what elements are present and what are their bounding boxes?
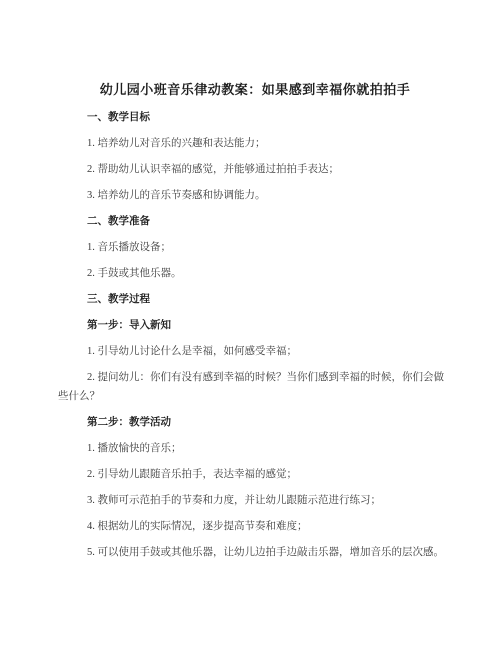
list-item: 1. 引导幼儿讨论什么是幸福，如何感受幸福；	[58, 342, 452, 361]
list-item: 2. 手鼓或其他乐器。	[58, 264, 452, 283]
list-item: 1. 音乐播放设备；	[58, 238, 452, 257]
section-heading-objectives: 一、教学目标	[58, 108, 452, 127]
list-item: 2. 提问幼儿：你们有没有感到幸福的时候？当你们感到幸福的时候，你们会做些什么？	[58, 368, 452, 406]
list-item: 2. 引导幼儿跟随音乐拍手，表达幸福的感觉；	[58, 465, 452, 484]
section-heading-process: 三、教学过程	[58, 290, 452, 309]
document-page: 幼儿园小班音乐律动教案：如果感到幸福你就拍拍手 一、教学目标 1. 培养幼儿对音…	[0, 0, 500, 647]
step-heading-1: 第一步：导入新知	[58, 316, 452, 335]
list-item: 1. 培养幼儿对音乐的兴趣和表达能力；	[58, 134, 452, 153]
section-heading-preparation: 二、教学准备	[58, 212, 452, 231]
list-item: 3. 培养幼儿的音乐节奏感和协调能力。	[58, 186, 452, 205]
list-item: 4. 根据幼儿的实际情况，逐步提高节奏和难度；	[58, 517, 452, 536]
list-item: 1. 播放愉快的音乐；	[58, 439, 452, 458]
list-item: 3. 教师可示范拍手的节奏和力度，并让幼儿跟随示范进行练习；	[58, 491, 452, 510]
list-item: 5. 可以使用手鼓或其他乐器，让幼儿边拍手边敲击乐器，增加音乐的层次感。	[58, 543, 452, 562]
document-content: 幼儿园小班音乐律动教案：如果感到幸福你就拍拍手 一、教学目标 1. 培养幼儿对音…	[0, 0, 500, 562]
doc-title: 幼儿园小班音乐律动教案：如果感到幸福你就拍拍手	[58, 80, 452, 100]
step-heading-2: 第二步：教学活动	[58, 413, 452, 432]
list-item: 2. 帮助幼儿认识幸福的感觉，并能够通过拍拍手表达；	[58, 160, 452, 179]
